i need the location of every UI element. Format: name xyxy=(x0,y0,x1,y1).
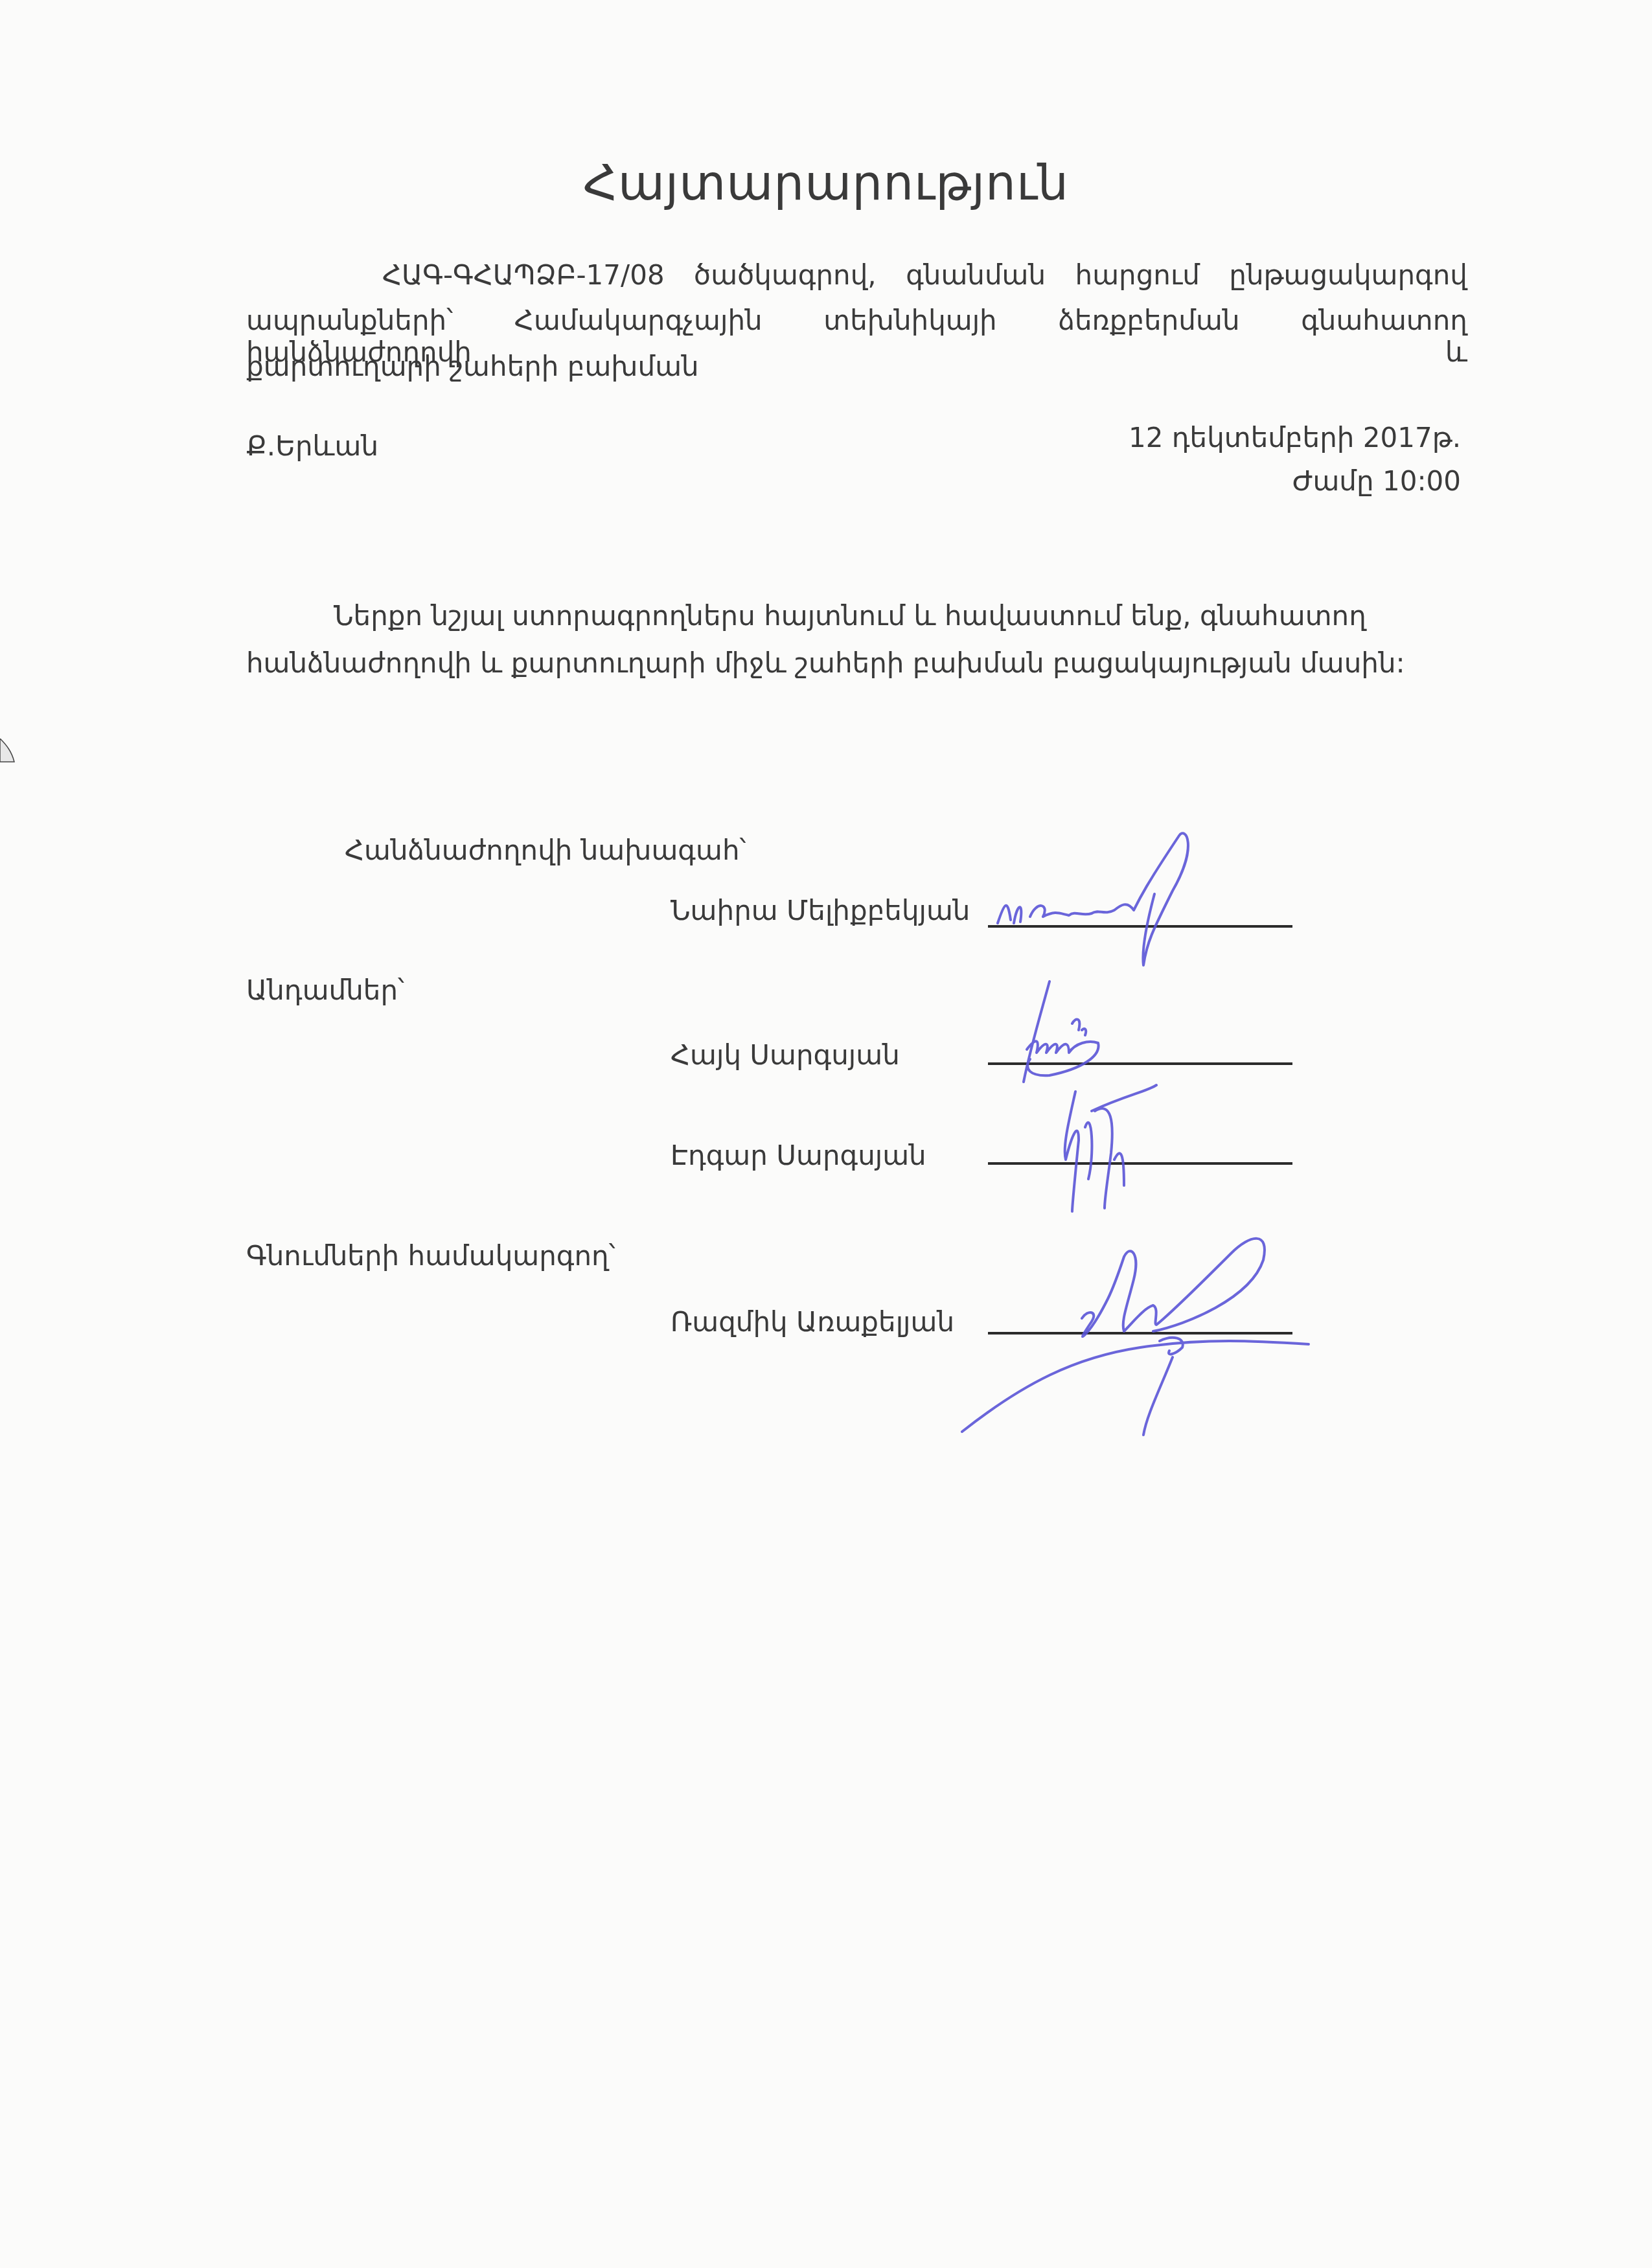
declaration-line-1: Ներքո նշյալ ստորագրողներս հայտնում և հավ… xyxy=(334,602,1366,630)
chair-signature xyxy=(985,832,1296,975)
place: Ք.Երևան xyxy=(246,433,378,460)
coordinator-label: Գնումների համակարգող՝ xyxy=(246,1243,615,1270)
document-title: Հայտարարություն xyxy=(0,155,1652,211)
intro-line-1: ՀԱԳ-ԳՀԱՊՁԲ-17/08 ծածկագրով, գնանման հարց… xyxy=(246,259,1467,291)
scanned-document-page: Հայտարարություն ՀԱԳ-ԳՀԱՊՁԲ-17/08 ծածկագր… xyxy=(0,0,1652,2268)
members-label: Անդամներ՝ xyxy=(246,977,404,1004)
time: Ժամը 10:00 xyxy=(1292,468,1461,495)
chair-label: Հանձնաժողովի նախագահ՝ xyxy=(345,837,746,864)
intro-line-3: քարտուղարի շահերի բախման xyxy=(246,353,699,380)
intro-word: գնանման xyxy=(906,259,1046,291)
member-2-signature xyxy=(1050,1082,1199,1218)
intro-word: ընթացակարգով xyxy=(1229,259,1467,291)
member-1-signature xyxy=(1011,978,1205,1088)
procurement-code: ՀԱԳ-ԳՀԱՊՁԲ-17/08 xyxy=(382,259,665,291)
member-2-name: Էդգար Սարգսյան xyxy=(671,1142,926,1169)
coordinator-signature xyxy=(959,1228,1322,1441)
scan-edge-artifact xyxy=(0,739,16,764)
member-1-name: Հայկ Սարգսյան xyxy=(671,1042,900,1069)
intro-word: ծածկագրով, xyxy=(694,259,877,291)
declaration-line-2: հանձնաժողովի և քարտուղարի միջև շահերի բա… xyxy=(246,650,1405,677)
date: 12 դեկտեմբերի 2017թ. xyxy=(1129,424,1461,452)
intro-word: հարցում xyxy=(1075,259,1200,291)
chair-name: Նաիրա Մելիքբեկյան xyxy=(671,897,970,924)
coordinator-name: Ռազմիկ Առաքելյան xyxy=(671,1309,954,1336)
